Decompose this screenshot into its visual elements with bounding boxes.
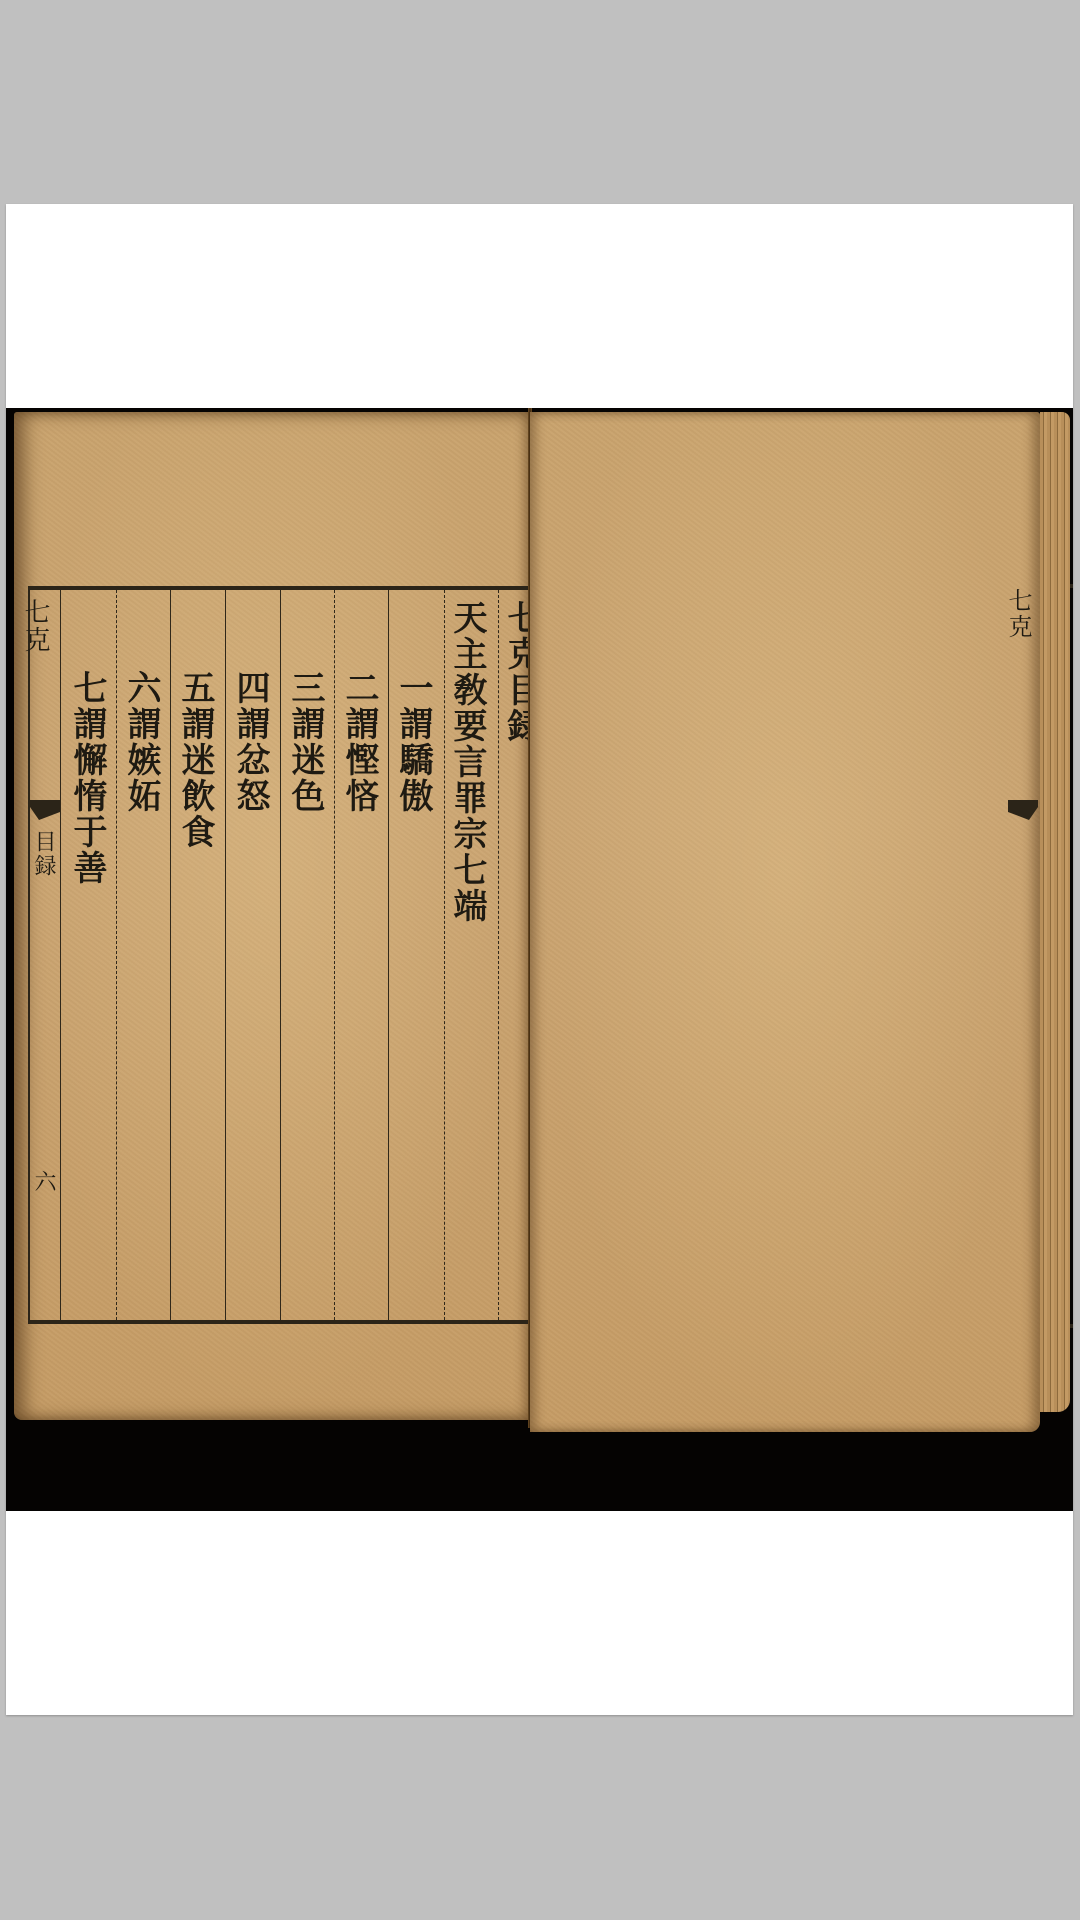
left-page: 七克 目録 六 七克目録 天主敎要言罪宗七端 一謂驕傲 二謂慳悋 三謂迷色 四謂…	[14, 412, 530, 1420]
toc-entry-6: 六謂嫉妬	[124, 670, 158, 814]
right-page: 全矣龎子伏傚演謙爲論也旨近而遠詞簡而嚴比物 連類刱爲一家言憬若啟重襲也而衆寳覘又…	[530, 412, 1040, 1432]
left-margin-page-number: 六	[32, 1170, 54, 1194]
left-margin-section: 目録	[32, 830, 54, 878]
page-edges	[1040, 412, 1070, 1412]
fishtail-mark-icon-right	[1008, 800, 1038, 820]
toc-subheading: 天主敎要言罪宗七端	[450, 600, 484, 924]
toc-entry-1: 一謂驕傲	[396, 670, 430, 814]
toc-entry-2: 二謂慳悋	[342, 670, 376, 814]
toc-entry-4: 四謂忿怒	[233, 670, 267, 814]
right-margin-title: 七克	[1006, 588, 1030, 640]
toc-entry-7: 七謂懈惰于善	[70, 670, 104, 886]
toc-entry-5: 五謂迷飲食	[178, 670, 212, 850]
fishtail-mark-icon	[30, 800, 60, 820]
left-margin-title: 七克	[22, 598, 48, 654]
book-scan-image: 七克 目録 六 七克目録 天主敎要言罪宗七端 一謂驕傲 二謂慳悋 三謂迷色 四謂…	[6, 408, 1073, 1511]
toc-entry-3: 三謂迷色	[288, 670, 322, 814]
left-page-frame: 七克 目録 六 七克目録 天主敎要言罪宗七端 一謂驕傲 二謂慳悋 三謂迷色 四謂…	[28, 586, 534, 1324]
